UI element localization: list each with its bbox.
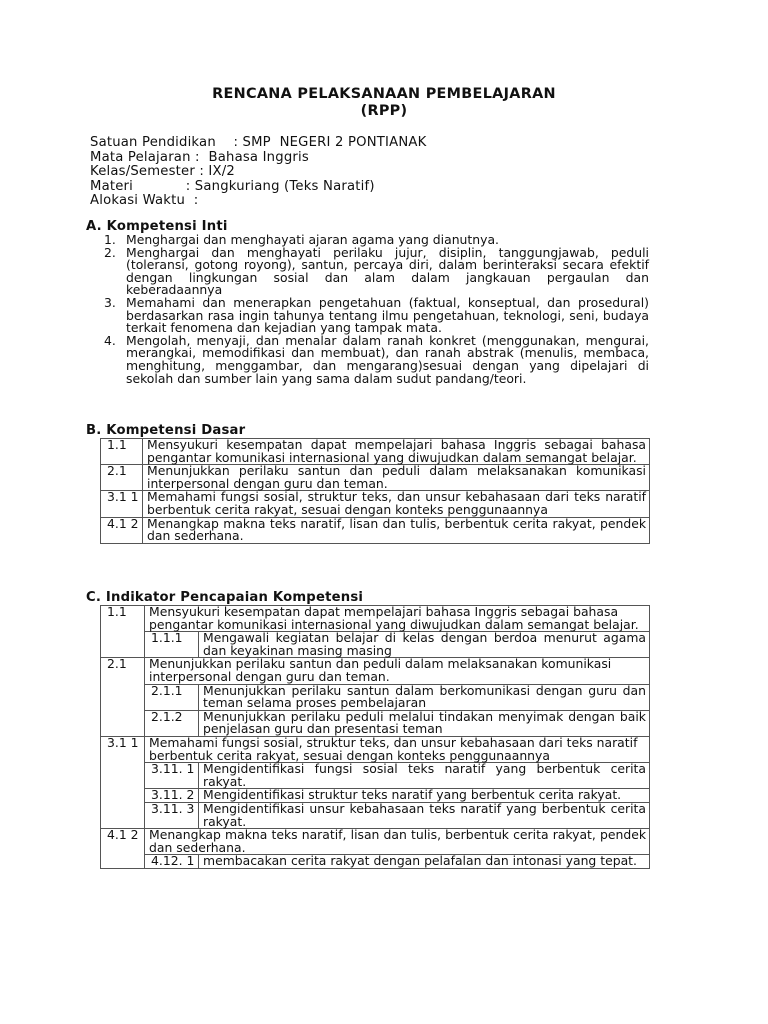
indicator-row: 1.1.1Mengawali kegiatan belajar di kelas… [101,632,650,658]
indicator-text: Menunjukkan perilaku peduli melalui tind… [199,710,650,736]
section-b-heading: B. Kompetensi Dasar [86,424,245,438]
table-row: 2.1Menunjukkan perilaku santun dan pedul… [101,658,650,684]
indicator-code: 2.1.2 [145,710,199,736]
item-text: Mengolah, menyaji, dan menalar dalam ran… [126,333,649,386]
info-separator: : [185,193,198,208]
indicator-row: 4.12. 1membacakan cerita rakyat dengan p… [101,855,650,869]
indicator-text: Mengidentifikasi unsur kebahasaan teks n… [199,802,650,828]
indicator-text: Mengidentifikasi fungsi sosial teks nara… [199,763,650,789]
table-row: 3.1 1Memahami fungsi sosial, struktur te… [101,491,650,517]
item-number: 2. [104,247,116,260]
item-number: 3. [104,297,116,310]
info-label: Alokasi Waktu [90,193,185,208]
kd-code: 1.1 [101,606,145,658]
title-line-1: RENCANA PELAKSANAAN PEMBELAJARAN [0,86,768,103]
kompetensi-dasar-table: 1.1Mensyukuri kesempatan dapat mempelaja… [100,438,650,544]
item-text: Memahami dan menerapkan pengetahuan (fak… [126,295,649,335]
indicator-row: 3.11. 3Mengidentifikasi unsur kebahasaan… [101,802,650,828]
table-row: 1.1Mensyukuri kesempatan dapat mempelaja… [101,439,650,465]
info-value: Bahasa Inggris [208,150,308,165]
table-row: 3.1 1Memahami fungsi sosial, struktur te… [101,736,650,762]
indicator-text: membacakan cerita rakyat dengan pelafala… [199,855,650,869]
table-row: 4.1 2Menangkap makna teks naratif, lisan… [101,829,650,855]
indikator-table: 1.1Mensyukuri kesempatan dapat mempelaja… [100,605,650,869]
indicator-code: 4.12. 1 [145,855,199,869]
info-value: Sangkuriang (Teks Naratif) [195,179,375,194]
info-value: IX/2 [208,164,235,179]
kd-text: Memahami fungsi sosial, struktur teks, d… [143,491,650,517]
kd-code: 3.1 1 [101,736,145,828]
info-row: Mata Pelajaran : Bahasa Inggris [90,151,426,166]
list-item: 3.Memahami dan menerapkan pengetahuan (f… [104,297,649,335]
kd-text: Menangkap makna teks naratif, lisan dan … [143,517,650,543]
kd-text: Menunjukkan perilaku santun dan peduli d… [145,658,650,684]
kd-text: Mensyukuri kesempatan dapat mempelajari … [145,606,650,632]
info-label: Satuan Pendidikan [90,135,216,150]
document-title: RENCANA PELAKSANAAN PEMBELAJARAN (RPP) [0,86,768,120]
kd-text: Menunjukkan perilaku santun dan peduli d… [143,465,650,491]
identity-block: Satuan Pendidikan : SMP NEGERI 2 PONTIAN… [90,136,426,209]
kd-code: 1.1 [101,439,143,465]
indicator-row: 2.1.2Menunjukkan perilaku peduli melalui… [101,710,650,736]
info-separator: : [216,135,243,150]
table-row: 1.1Mensyukuri kesempatan dapat mempelaja… [101,606,650,632]
indicator-text: Mengawali kegiatan belajar di kelas deng… [199,632,650,658]
table-row: 4.1 2Menangkap makna teks naratif, lisan… [101,517,650,543]
info-separator: : [191,150,209,165]
indicator-code: 3.11. 1 [145,763,199,789]
info-value: SMP NEGERI 2 PONTIANAK [243,135,427,150]
indicator-code: 3.11. 3 [145,802,199,828]
indicator-text: Menunjukkan perilaku santun dalam berkom… [199,684,650,710]
indicator-code: 2.1.1 [145,684,199,710]
kd-text: Menangkap makna teks naratif, lisan dan … [145,829,650,855]
info-row: Alokasi Waktu : [90,194,426,209]
section-c-heading: C. Indikator Pencapaian Kompetensi [86,591,363,605]
kd-code: 4.1 2 [101,517,143,543]
item-text: Menghargai dan menghayati perilaku jujur… [126,245,649,298]
info-label: Materi [90,179,133,194]
kd-text: Memahami fungsi sosial, struktur teks, d… [145,736,650,762]
kd-code: 4.1 2 [101,829,145,869]
info-separator: : [133,179,195,194]
info-label: Kelas/Semester [90,164,195,179]
kd-code: 3.1 1 [101,491,143,517]
info-label: Mata Pelajaran [90,150,191,165]
indicator-row: 3.11. 1Mengidentifikasi fungsi sosial te… [101,763,650,789]
indicator-row: 2.1.1Menunjukkan perilaku santun dalam b… [101,684,650,710]
kd-code: 2.1 [101,658,145,737]
indicator-code: 1.1.1 [145,632,199,658]
kompetensi-inti-list: 1.Menghargai dan menghayati ajaran agama… [104,234,649,385]
kd-code: 2.1 [101,465,143,491]
info-row: Kelas/Semester : IX/2 [90,165,426,180]
info-separator: : [195,164,208,179]
kd-text: Mensyukuri kesempatan dapat mempelajari … [143,439,650,465]
list-item: 2.Menghargai dan menghayati perilaku juj… [104,247,649,297]
title-line-2: (RPP) [0,103,768,120]
info-row: Materi : Sangkuriang (Teks Naratif) [90,180,426,195]
table-row: 2.1Menunjukkan perilaku santun dan pedul… [101,465,650,491]
item-number: 4. [104,335,116,348]
list-item: 4.Mengolah, menyaji, dan menalar dalam r… [104,335,649,385]
info-row: Satuan Pendidikan : SMP NEGERI 2 PONTIAN… [90,136,426,151]
